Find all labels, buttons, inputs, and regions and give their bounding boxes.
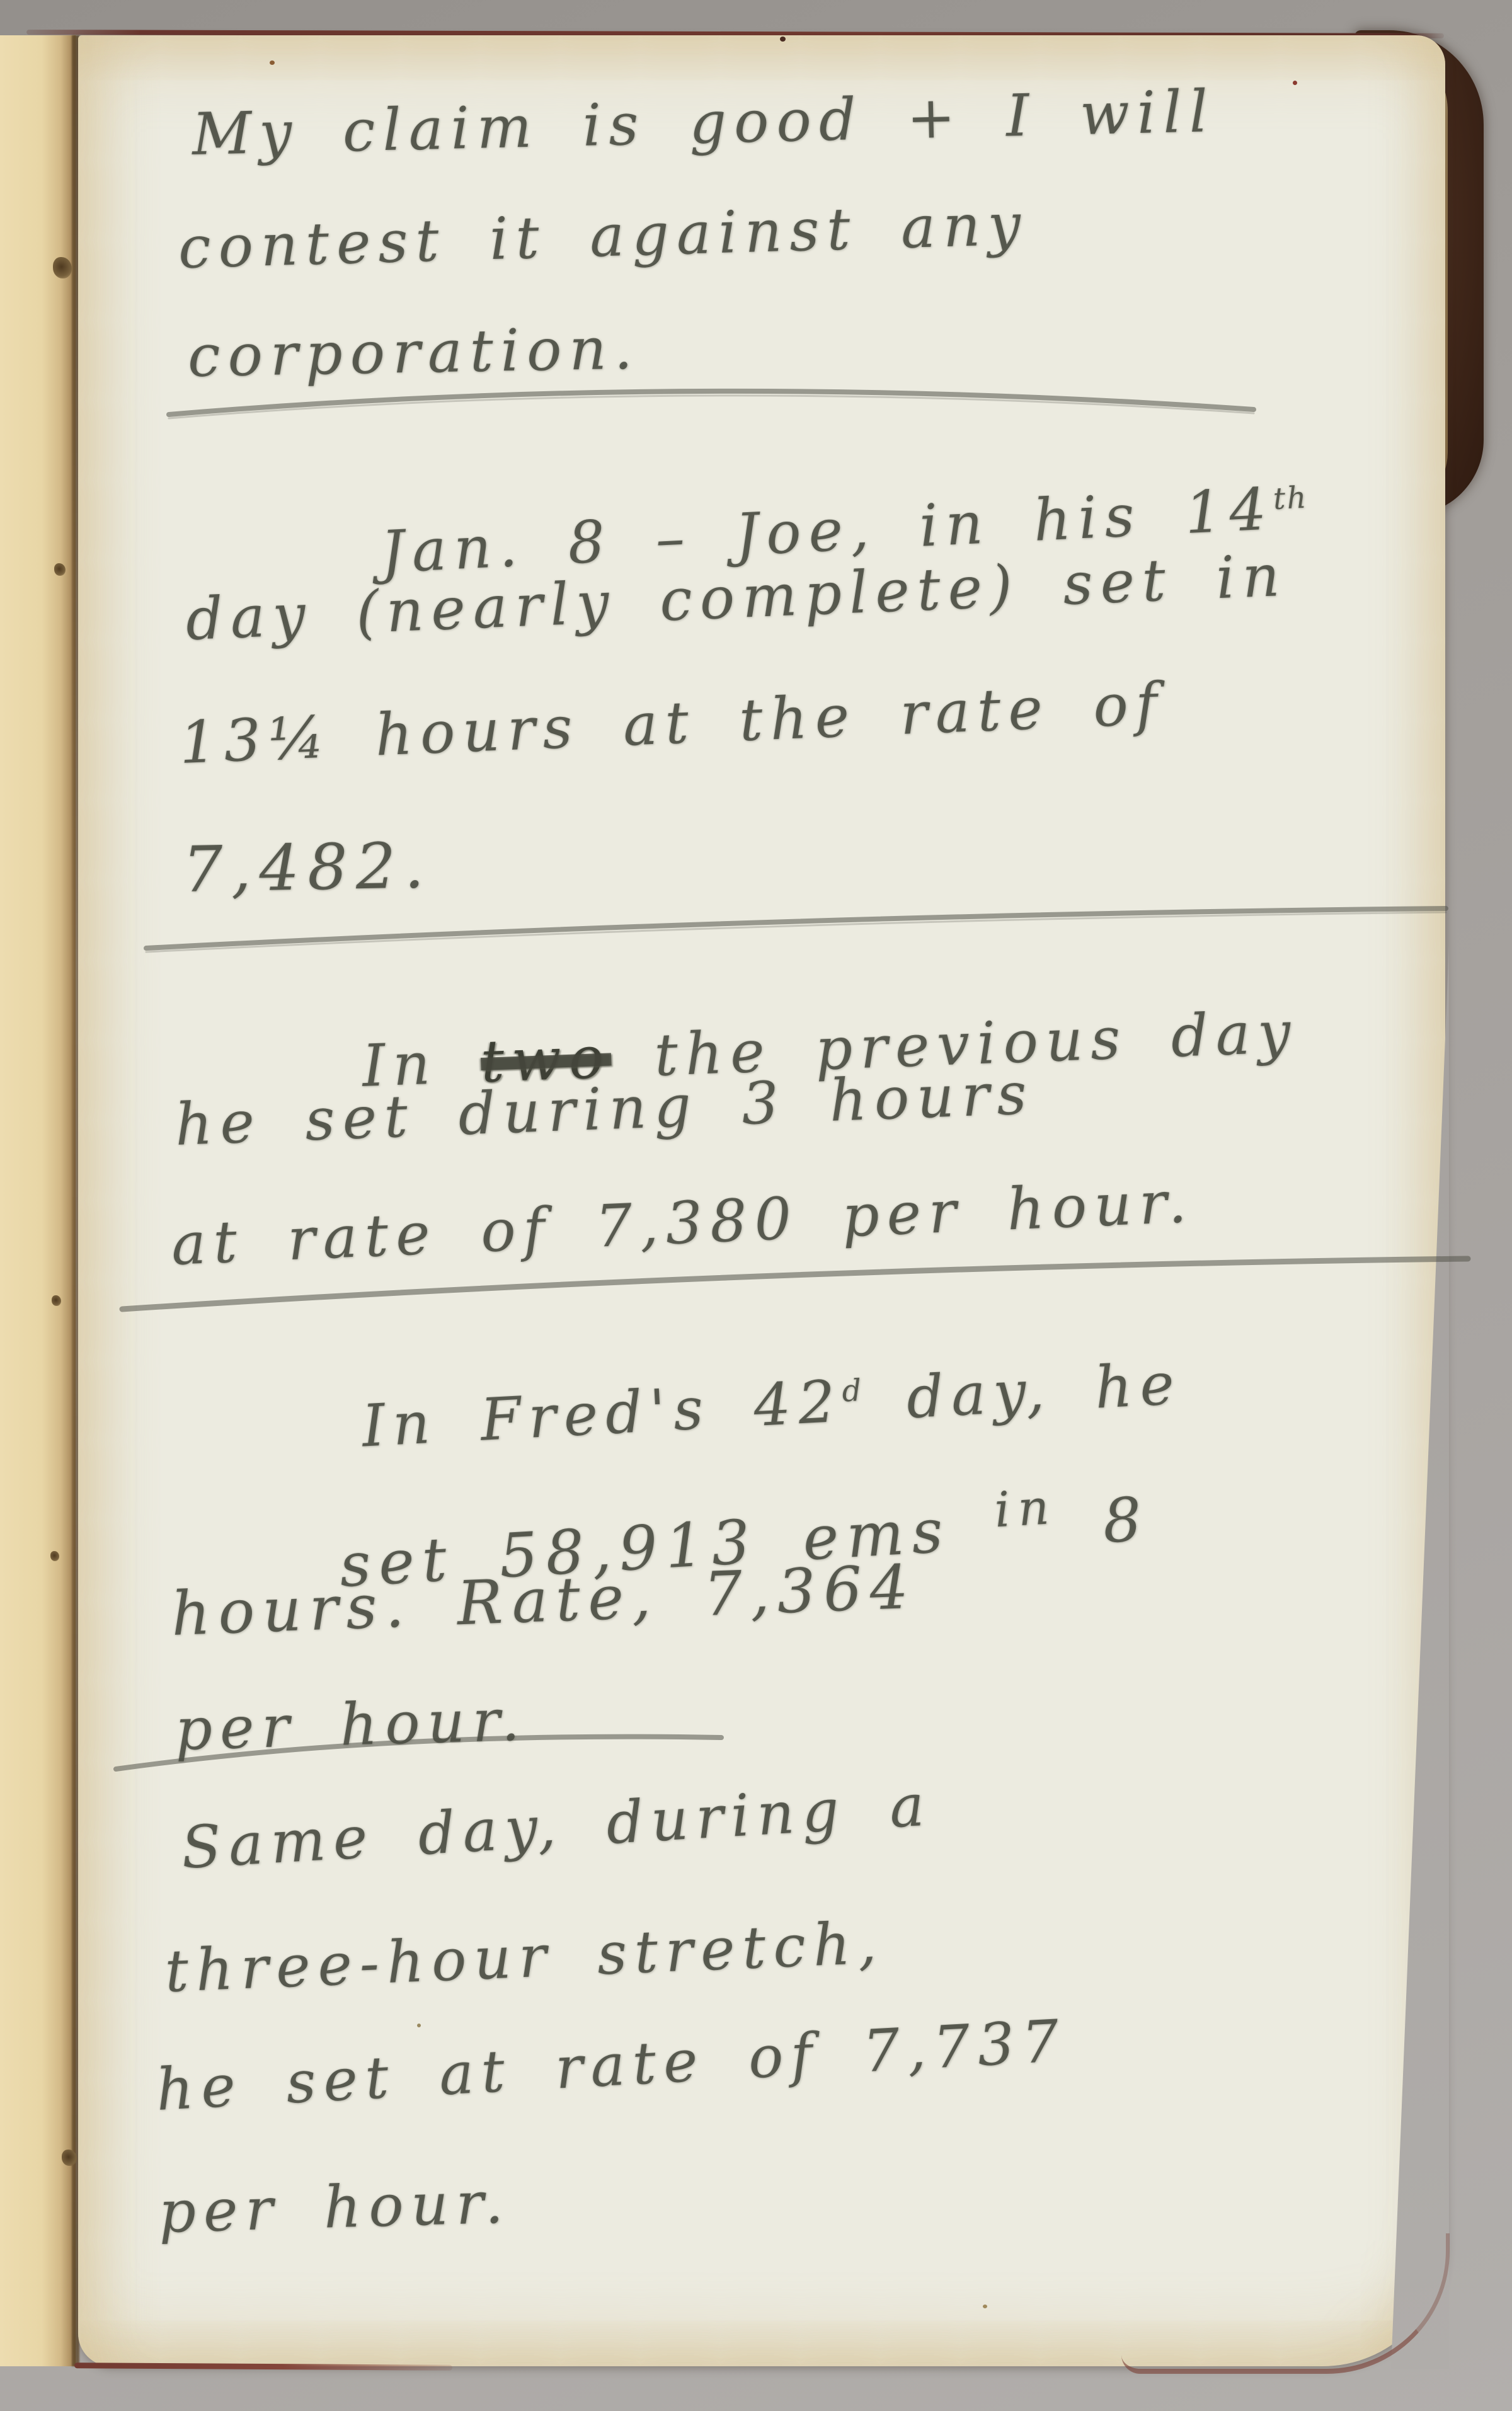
- handwritten-line: corporation.: [187, 314, 641, 390]
- notebook-photo: { "notebook": { "description": "Handwrit…: [0, 0, 1512, 2411]
- raised-word: in: [993, 1479, 1058, 1539]
- line-text: 8: [1056, 1484, 1152, 1559]
- handwritten-line: 7,482.: [182, 828, 433, 907]
- ordinal-superscript: th: [1273, 481, 1309, 517]
- handwritten-line: per hour.: [175, 1686, 529, 1763]
- ordinal-superscript: d: [841, 1373, 864, 1409]
- handwritten-line: per hour.: [158, 2168, 512, 2246]
